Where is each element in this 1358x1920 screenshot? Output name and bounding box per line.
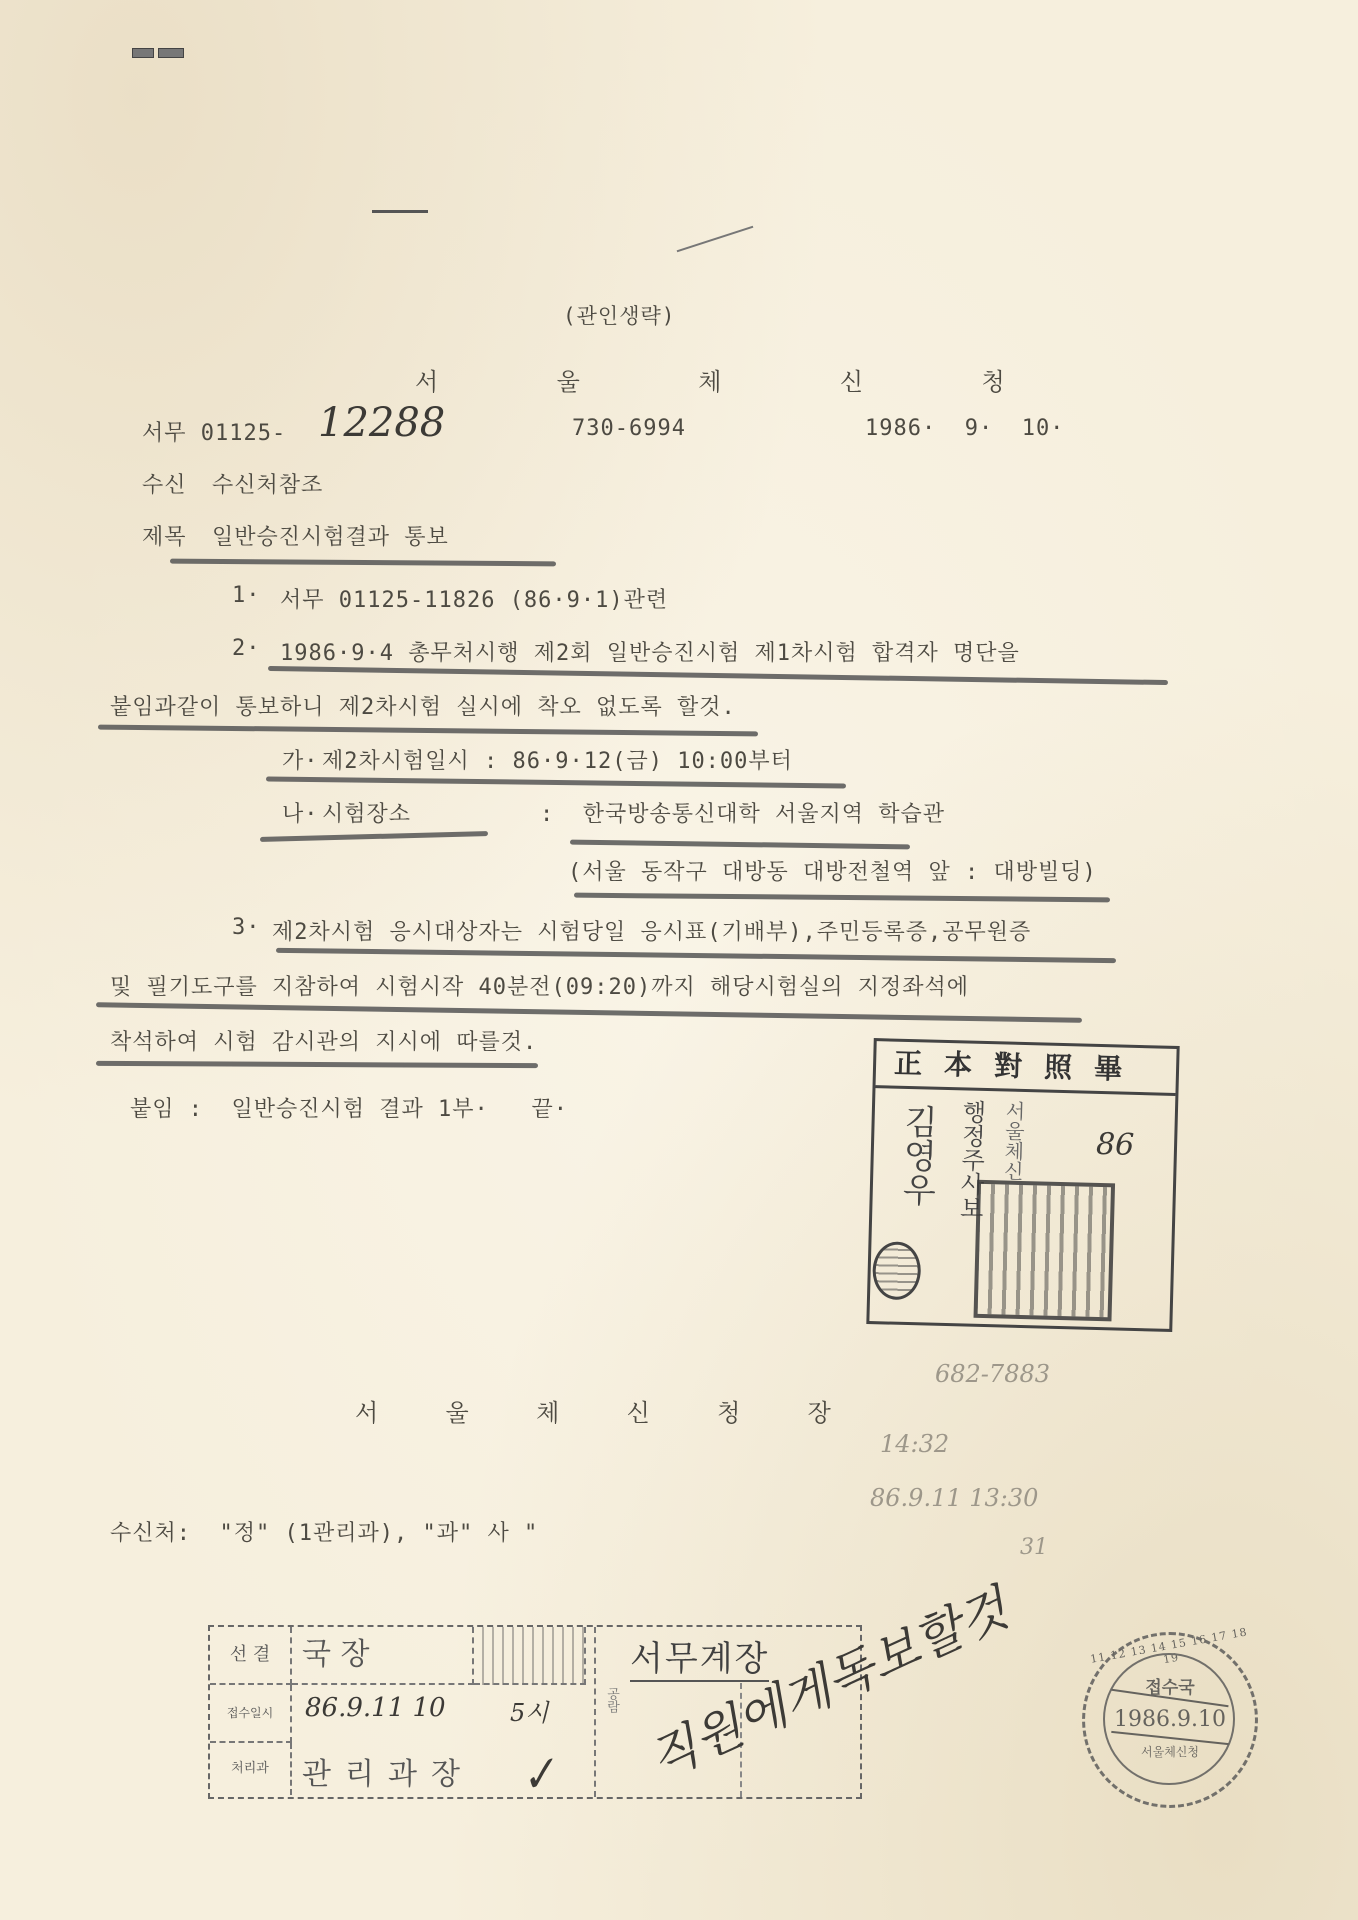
pencil-note: 86.9.11 13:30	[870, 1484, 1038, 1512]
stray-line	[677, 226, 754, 253]
cell-preapproval-label: 선 결	[210, 1627, 292, 1685]
staple-mark	[132, 48, 190, 58]
cell-received-label: 접수일시	[210, 1685, 292, 1743]
stamp-org: 서울체신	[1001, 1100, 1025, 1181]
item-3-line2: 및 필기도구를 지참하여 시험시작 40분전(09:20)까지 해당시험실의 지…	[110, 970, 969, 1001]
underline	[260, 831, 488, 842]
underline	[266, 776, 846, 788]
recipient-value: 수신처참조	[212, 468, 323, 499]
subject-label: 제목	[142, 520, 187, 551]
issuer-name: 서 울 체 신 청	[415, 362, 1057, 397]
section-chief-label: 서무계장	[630, 1631, 769, 1682]
phone-number: 730-6994	[572, 416, 686, 441]
attachment-line: 붙임 : 일반승진시험 결과 1부· 끝·	[130, 1092, 568, 1123]
processing-dept: 관리과장	[302, 1749, 474, 1793]
subitem-na-title: 시험장소	[322, 797, 411, 828]
subitem-na-label: 나·	[282, 797, 319, 828]
underline	[574, 893, 1110, 903]
underline	[170, 559, 556, 567]
postmark-date: 1986.9.10	[1085, 1707, 1255, 1732]
doc-number-handwritten: 12288	[318, 400, 445, 446]
pencil-note: 31	[1020, 1535, 1048, 1560]
item-3-line3: 착석하여 시험 감시관의 지시에 따를것.	[110, 1025, 537, 1056]
received-datetime: 86.9.11 10	[305, 1693, 446, 1723]
item-3-line1: 제2차시험 응시대상자는 시험당일 응시표(기배부),주민등록증,공무원증	[272, 915, 1031, 946]
pencil-note: 14:32	[880, 1430, 949, 1458]
underline	[570, 840, 910, 850]
document-date: 1986· 9· 10·	[865, 416, 1064, 441]
item-3-number: 3·	[232, 915, 261, 940]
doc-number-prefix: 서무 01125-	[142, 416, 286, 447]
pencil-note: 682-7883	[935, 1360, 1050, 1388]
stamp-header: 正本對照畢	[875, 1041, 1176, 1096]
postmark-top: 접수국	[1085, 1673, 1255, 1698]
subitem-ga-value: : 86·9·12(금) 10:00부터	[484, 744, 793, 775]
header-note: (관인생략)	[563, 300, 675, 330]
personal-seal	[872, 1241, 922, 1300]
subitem-ga-title: 제2차시험일시	[322, 744, 470, 775]
postmark-bottom: 서울체신청	[1085, 1743, 1255, 1760]
stamp-name: 김영우	[898, 1104, 935, 1207]
divider	[594, 1627, 598, 1797]
cell-review-label: 공람	[602, 1687, 621, 1713]
underline	[276, 948, 1116, 963]
stray-dash	[372, 210, 428, 213]
item-2-line1: 1986·9·4 총무처시행 제2회 일반승진시험 제1차시험 합격자 명단을	[280, 636, 1020, 667]
underline	[96, 1002, 1082, 1022]
item-1-text: 서무 01125-11826 (86·9·1)관련	[280, 583, 668, 614]
underline	[268, 666, 1168, 685]
certification-stamp: 正本對照畢 김영우 행정주사보 서울체신 86	[866, 1038, 1179, 1332]
item-2-number: 2·	[232, 636, 261, 661]
receipt-postmark: 11 12 13 14 15 16 17 18 19 접수국 1986.9.10…	[1082, 1632, 1258, 1808]
signatory: 서 울 체 신 청 장	[355, 1393, 837, 1428]
item-1-number: 1·	[232, 583, 261, 608]
received-number: 5시	[510, 1693, 548, 1728]
subitem-ga-label: 가·	[282, 744, 319, 775]
cc-recipients: 수신처: "정" (1관리과), "과" 사 "	[110, 1516, 538, 1547]
director-seal	[474, 1627, 586, 1685]
cell-processing-label: 처리과	[210, 1743, 292, 1795]
subject-value: 일반승진시험결과 통보	[212, 520, 449, 551]
subitem-na-value-line2: (서울 동작구 대방동 대방전철역 앞 : 대방빌딩)	[568, 855, 1097, 886]
official-seal	[974, 1180, 1116, 1322]
subitem-na-value: : 한국방송통신대학 서울지역 학습관	[540, 797, 945, 828]
underline	[96, 1061, 538, 1068]
item-2-line2: 붙임과같이 통보하니 제2차시험 실시에 착오 없도록 할것.	[110, 690, 736, 721]
stamp-year: 86	[1096, 1127, 1135, 1163]
cell-director: 국 장	[292, 1627, 474, 1685]
recipient-label: 수신	[142, 468, 187, 499]
underline	[98, 725, 758, 737]
